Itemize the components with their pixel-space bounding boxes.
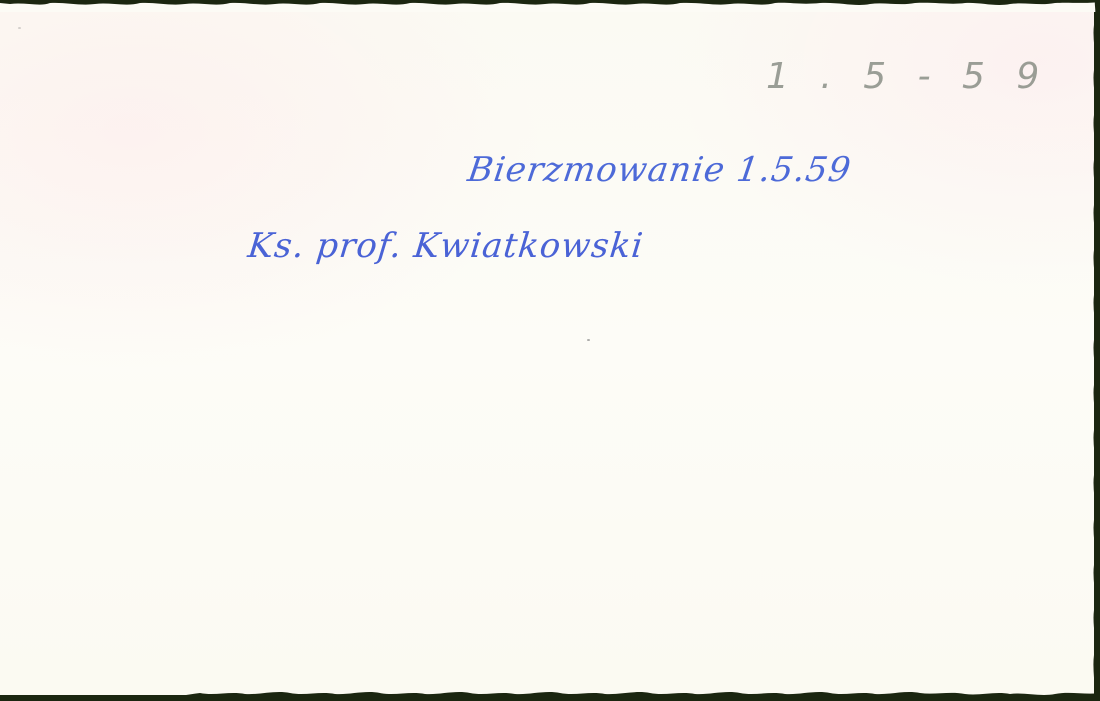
scanned-photo-back: 1 . 5 - 5 9 Bierzmowanie 1.5.59 Ks. prof… [0, 0, 1100, 701]
handwritten-confirmation-caption: Bierzmowanie 1.5.59 [465, 150, 854, 190]
photo-paper [0, 6, 1094, 695]
deckled-edge-top [0, 0, 1100, 12]
paper-speck [18, 27, 21, 29]
pencil-date-annotation: 1 . 5 - 5 9 [766, 56, 1049, 97]
deckled-edge-bottom [0, 689, 1100, 701]
paper-speck [587, 339, 590, 341]
deckled-edge-right [1090, 0, 1100, 701]
handwritten-priest-name: Ks. prof. Kwiatkowski [246, 226, 646, 266]
